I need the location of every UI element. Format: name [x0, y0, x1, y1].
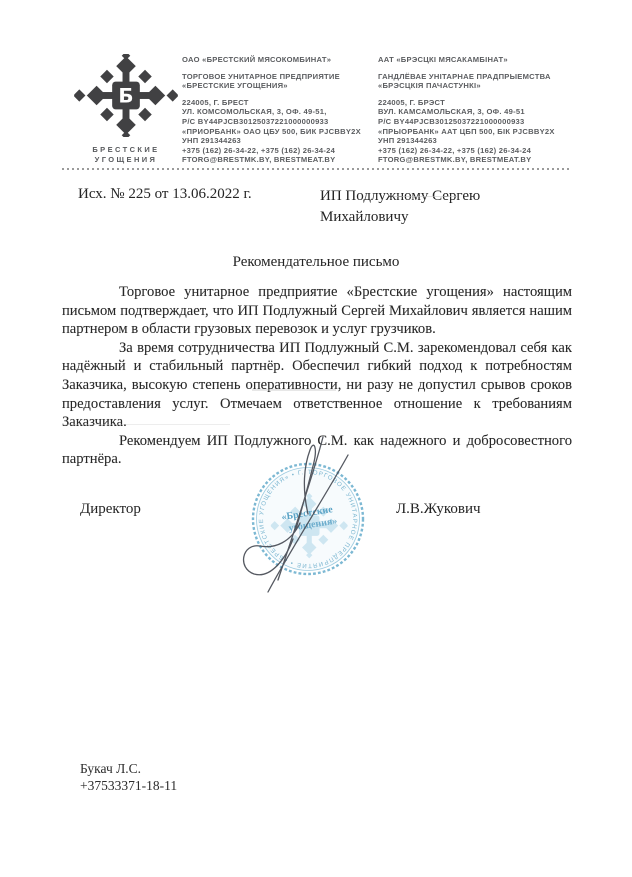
addressee-line: Михайловичу	[320, 207, 540, 228]
bank-account-line: Р/С BY44PJCB30125037221000000933	[182, 117, 372, 127]
email-line: FTORG@BRESTMK.BY, BRESTMEAT.BY	[378, 155, 578, 165]
address-line: УЛ. КОМСОМОЛЬСКАЯ, 3, ОФ. 49-51,	[182, 107, 372, 117]
executor-name: Букач Л.С.	[80, 761, 177, 778]
brand-snowflake-icon: Б	[74, 54, 178, 137]
signer-name: Л.В.Жукович	[396, 501, 481, 518]
executor-phone: +37533371-18-11	[80, 778, 177, 795]
executor-block: Букач Л.С. +37533371-18-11	[80, 761, 177, 794]
address-line: 224005, Г. БРЭСТ	[378, 98, 578, 108]
phone-line: +375 (162) 26-34-22, +375 (162) 26-34-24	[378, 146, 578, 156]
address-line: 224005, Г. БРЕСТ	[182, 98, 372, 108]
phone-line: +375 (162) 26-34-22, +375 (162) 26-34-24	[182, 146, 372, 156]
paragraph: За время сотрудничества ИП Подлужный С.М…	[62, 339, 572, 432]
paragraph: Торговое унитарное предприятие «Брестски…	[62, 283, 572, 339]
scanned-letter-page: Б БРЕСТСКИЕ УГОЩЕНИЯ ОАО «БРЕСТСКИЙ МЯСО…	[0, 0, 632, 877]
parent-company-name: ААТ «БРЭСЦКІ МЯСАКАМБІНАТ»	[378, 55, 578, 65]
email-line: FTORG@BRESTMK.BY, BRESTMEAT.BY	[182, 155, 372, 165]
address-line: ВУЛ. КАМСАМОЛЬСКАЯ, 3, ОФ. 49-51	[378, 107, 578, 117]
bank-name-line: «ПРЫОРБАНК» ААТ ЦБП 500, БІК PJCBBY2X	[378, 127, 578, 137]
parent-company-name: ОАО «БРЕСТСКИЙ МЯСОКОМБИНАТ»	[182, 55, 372, 65]
brand-letter: Б	[118, 84, 133, 107]
handwritten-signature	[230, 428, 380, 608]
org-name-line: «БРЭСЦКІЯ ПАЧАСТУНКІ»	[378, 81, 578, 91]
brand-caption: БРЕСТСКИЕ УГОЩЕНИЯ	[74, 145, 178, 165]
unp-line: УНП 291344263	[378, 136, 578, 146]
scan-artifact	[393, 196, 457, 197]
addressee-block: ИП Подлужному Сергею Михайловичу	[320, 186, 540, 228]
letterhead-divider	[62, 168, 570, 170]
scan-artifact	[252, 389, 336, 391]
org-name-line: ТОРГОВОЕ УНИТАРНОЕ ПРЕДПРИЯТИЕ	[182, 72, 372, 82]
brand-logo: Б БРЕСТСКИЕ УГОЩЕНИЯ	[74, 54, 178, 165]
org-name-line: «БРЕСТСКИЕ УГОЩЕНИЯ»	[182, 81, 372, 91]
letter-title: Рекомендательное письмо	[62, 254, 570, 271]
unp-line: УНП 291344263	[182, 136, 372, 146]
org-name-line: ГАНДЛЁВАЕ УНІТАРНАЕ ПРАДПРЫЕМСТВА	[378, 72, 578, 82]
scan-artifact	[62, 424, 230, 425]
signer-position: Директор	[80, 501, 141, 518]
bank-account-line: Р/С BY44PJCB30125037221000000933	[378, 117, 578, 127]
outgoing-reference: Исх. № 225 от 13.06.2022 г.	[78, 186, 252, 203]
bank-name-line: «ПРИОРБАНК» ОАО ЦБУ 500, БИК PJCBBY2X	[182, 127, 372, 137]
letterhead-column-russian: ОАО «БРЕСТСКИЙ МЯСОКОМБИНАТ» ТОРГОВОЕ УН…	[182, 55, 372, 165]
letterhead-column-belarusian: ААТ «БРЭСЦКІ МЯСАКАМБІНАТ» ГАНДЛЁВАЕ УНІ…	[378, 55, 578, 165]
